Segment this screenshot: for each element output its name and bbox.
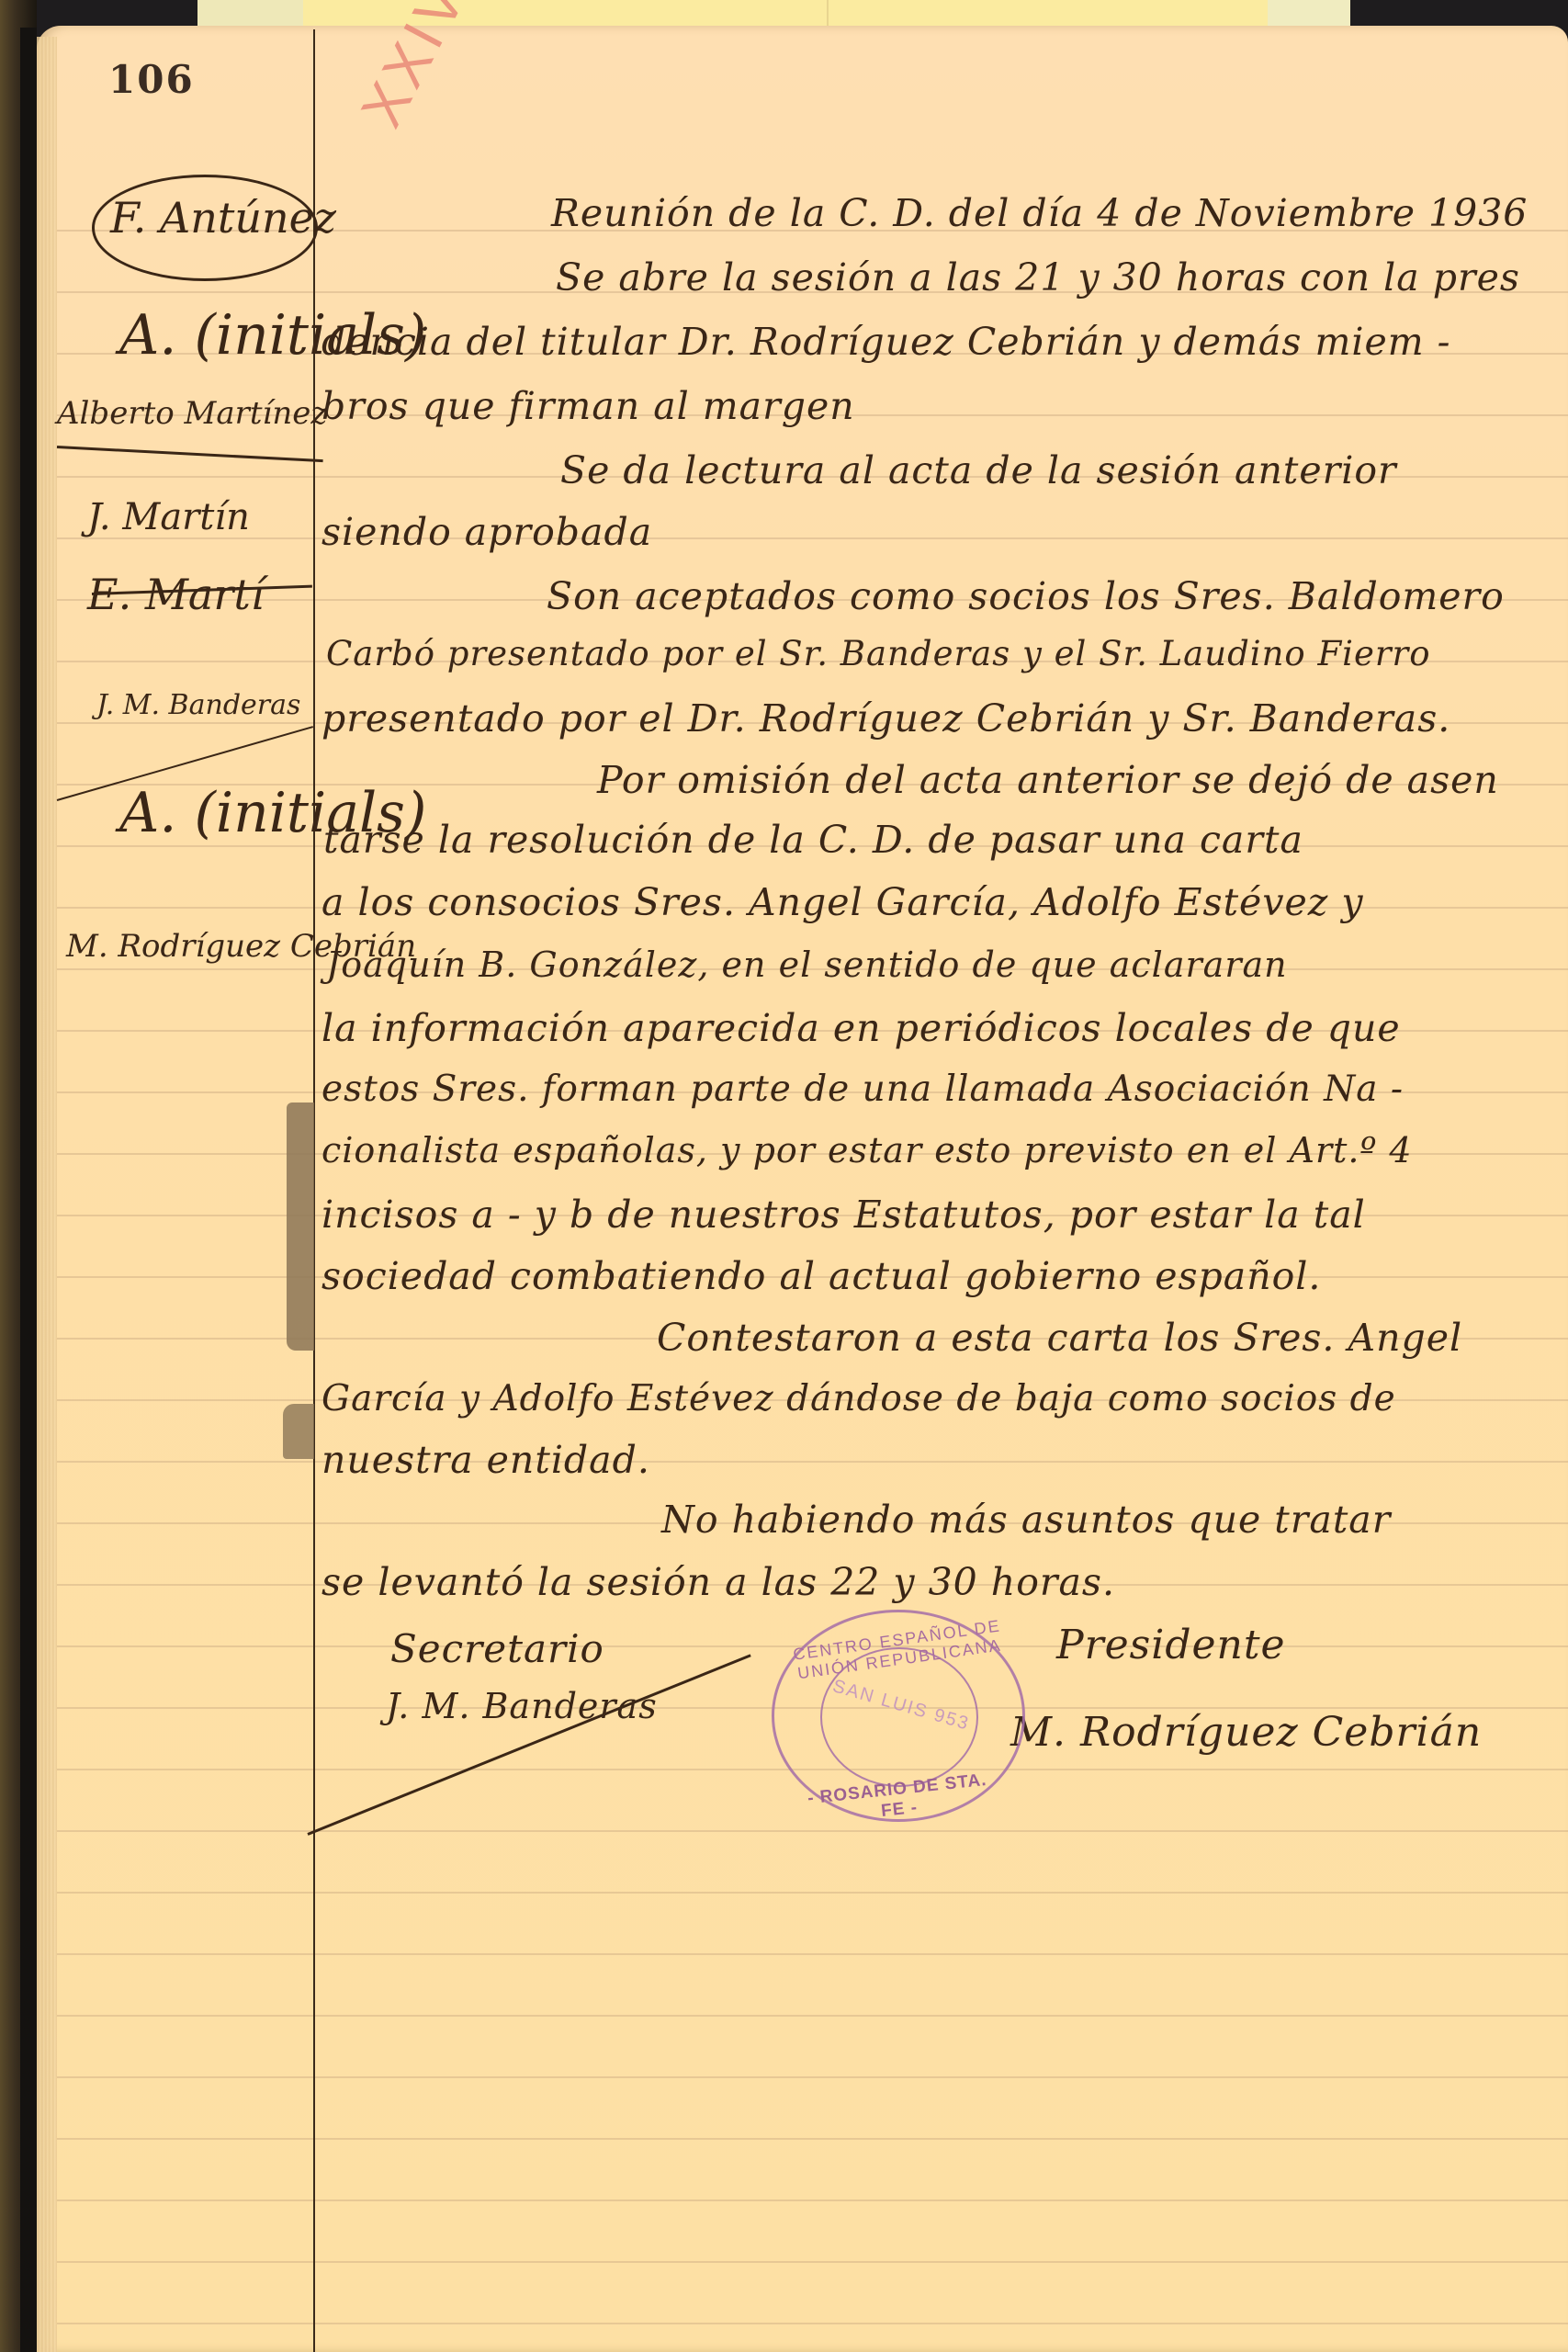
minutes-line: Joaquín B. González, en el sentido de qu… [326, 944, 1288, 985]
rule-line [57, 537, 1568, 539]
margin-signature: Alberto Martínez [57, 395, 327, 432]
minutes-line: bros que firman al margen [321, 384, 855, 428]
rule-line [57, 2015, 1568, 2017]
minutes-line: Se da lectura al acta de la sesión anter… [560, 448, 1397, 492]
rule-line [57, 2199, 1568, 2201]
page-edges [37, 37, 57, 2352]
rule-line [57, 1953, 1568, 1955]
rule-line [57, 1830, 1568, 1832]
minutes-line: estos Sres. forman parte de una llamada … [321, 1069, 1404, 1110]
minutes-line: Por omisión del acta anterior se dejó de… [597, 758, 1499, 802]
minutes-line: presentado por el Dr. Rodríguez Cebrián … [321, 696, 1450, 741]
minutes-line: incisos a - y b de nuestros Estatutos, p… [321, 1193, 1366, 1237]
paper-slip [1268, 0, 1350, 28]
margin-signature: J. Martín [87, 496, 250, 538]
president-signature: M. Rodríguez Cebrián [1010, 1709, 1482, 1756]
minutes-line: a los consocios Sres. Angel García, Adol… [321, 880, 1364, 924]
minutes-title: Reunión de la C. D. del día 4 de Noviemb… [551, 191, 1528, 235]
rule-line [57, 2138, 1568, 2140]
minutes-line: García y Adolfo Estévez dándose de baja … [321, 1378, 1396, 1419]
rule-line [57, 2261, 1568, 2263]
minutes-line: la información aparecida en periódicos l… [321, 1006, 1401, 1050]
ink-stain [283, 1404, 314, 1459]
page-number: 106 [108, 57, 195, 102]
minutes-line: siendo aprobada [321, 510, 652, 554]
minutes-line: Se abre la sesión a las 21 y 30 horas co… [556, 255, 1520, 300]
rule-line [57, 1892, 1568, 1894]
minutes-line: nuestra entidad. [321, 1438, 650, 1482]
minutes-line: dencia del titular Dr. Rodríguez Cebrián… [321, 320, 1450, 364]
minutes-line: se levantó la sesión a las 22 y 30 horas… [321, 1560, 1115, 1604]
minutes-line: No habiendo más asuntos que tratar [661, 1498, 1391, 1542]
minutes-line: tarse la resolución de la C. D. de pasar… [323, 818, 1303, 862]
rule-line [57, 2076, 1568, 2078]
president-label: Presidente [1056, 1622, 1286, 1668]
minutes-line: Contestaron a esta carta los Sres. Angel [657, 1316, 1462, 1360]
minutes-line: Son aceptados como socios los Sres. Bald… [547, 574, 1505, 618]
minutes-line: cionalista españolas, y por estar esto p… [321, 1130, 1413, 1170]
rule-line [57, 1461, 1568, 1463]
secretary-signature: J. M. Banderas [386, 1686, 658, 1726]
book-spine [20, 28, 37, 2352]
margin-signature: J. M. Banderas [96, 689, 300, 721]
minutes-line: Carbó presentado por el Sr. Banderas y e… [326, 634, 1431, 673]
society-stamp: CENTRO ESPAÑOL DE UNIÓN REPUBLICANA SAN … [772, 1610, 1025, 1822]
secretary-label: Secretario [390, 1626, 604, 1671]
minutes-line: sociedad combatiendo al actual gobierno … [321, 1254, 1321, 1298]
ledger-page [37, 26, 1568, 2352]
ink-stain [287, 1102, 314, 1351]
margin-signature: F. Antúnez [110, 193, 336, 243]
rule-line [57, 2323, 1568, 2324]
